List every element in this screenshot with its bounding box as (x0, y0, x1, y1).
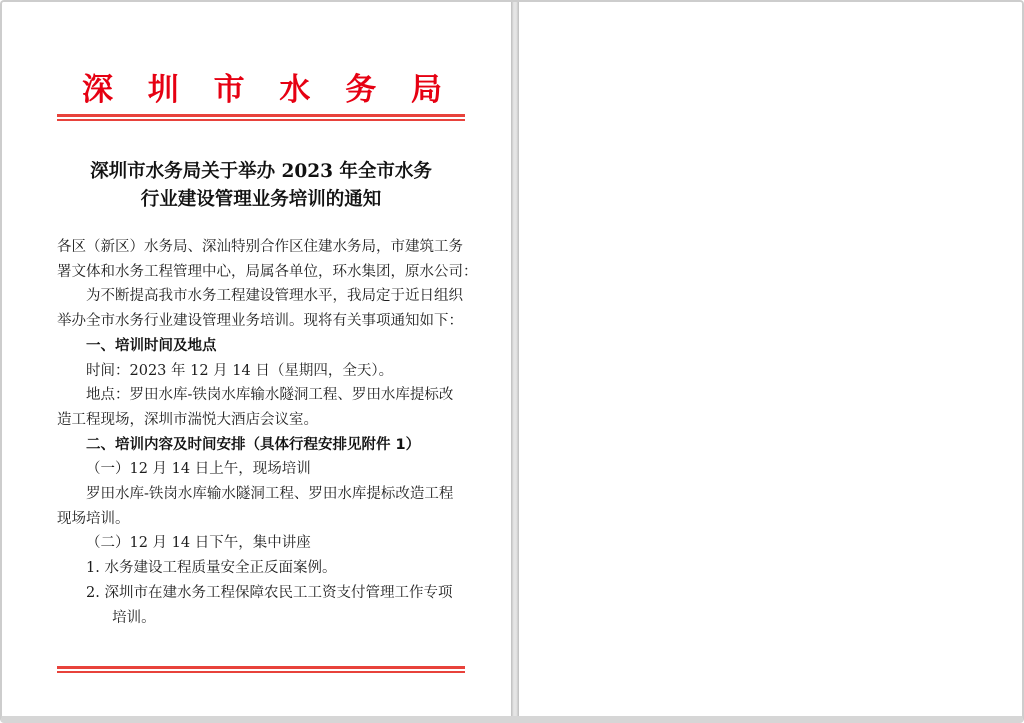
text-line: 各区（新区）水务局、深汕特别合作区住建水务局，市建筑工务 (57, 235, 469, 260)
agency-header-char: 深 (82, 72, 113, 108)
footer-rule-top (57, 666, 465, 669)
footer-rule-bottom (57, 671, 465, 674)
text-line: 罗田水库-铁岗水库输水隧洞工程、罗田水库提标改造工程 (57, 482, 469, 507)
text-line: 地点：罗田水库-铁岗水库输水隧洞工程、罗田水库提标改 (57, 383, 469, 408)
text-line: 培训。 (57, 606, 469, 631)
document-viewer: 深圳市水务局 深圳市水务局关于举办 2023 年全市水务 行业建设管理业务培训的… (0, 0, 1024, 723)
text-line: 举办全市水务行业建设管理业务培训。现将有关事项通知如下： (57, 309, 469, 334)
agency-header-char: 市 (214, 72, 245, 108)
notice-title-line-2: 行业建设管理业务培训的通知 (57, 186, 465, 214)
notice-title-line-1: 深圳市水务局关于举办 2023 年全市水务 (57, 158, 465, 186)
agency-header-char: 务 (345, 72, 376, 108)
agency-header-char: 圳 (148, 72, 179, 108)
page-1-body: 各区（新区）水务局、深汕特别合作区住建水务局，市建筑工务署文体和水务工程管理中心… (57, 235, 469, 630)
header-rule-bottom (57, 119, 465, 122)
text-line: 署文体和水务工程管理中心，局属各单位，环水集团，原水公司： (57, 260, 469, 285)
page-2: 三、培训对象各区（新区）水务局、深汕特别合作区住建水务局，市建筑工务署文体和水务… (519, 2, 1022, 716)
text-line: 现场培训。 (57, 507, 469, 532)
text-line: 一、培训时间及地点 (57, 334, 469, 359)
text-line: 时间：2023 年 12 月 14 日（星期四，全天）。 (57, 359, 469, 384)
agency-header-char: 局 (411, 72, 442, 108)
text-line: 2. 深圳市在建水务工程保障农民工工资支付管理工作专项 (57, 581, 469, 606)
page-1: 深圳市水务局 深圳市水务局关于举办 2023 年全市水务 行业建设管理业务培训的… (2, 2, 511, 716)
header-rule-top (57, 114, 465, 117)
agency-header-char: 水 (279, 72, 310, 108)
text-line: （二）12 月 14 日下午，集中讲座 (57, 531, 469, 556)
agency-header: 深圳市水务局 (82, 72, 442, 108)
page-divider (511, 2, 519, 716)
text-line: 为不断提高我市水务工程建设管理水平，我局定于近日组织 (57, 284, 469, 309)
text-line: 二、培训内容及时间安排（具体行程安排见附件 1） (57, 433, 469, 458)
notice-title: 深圳市水务局关于举办 2023 年全市水务 行业建设管理业务培训的通知 (57, 158, 465, 213)
text-line: （一）12 月 14 日上午，现场培训 (57, 457, 469, 482)
text-line: 造工程现场，深圳市湍悦大酒店会议室。 (57, 408, 469, 433)
text-line: 1. 水务建设工程质量安全正反面案例。 (57, 556, 469, 581)
